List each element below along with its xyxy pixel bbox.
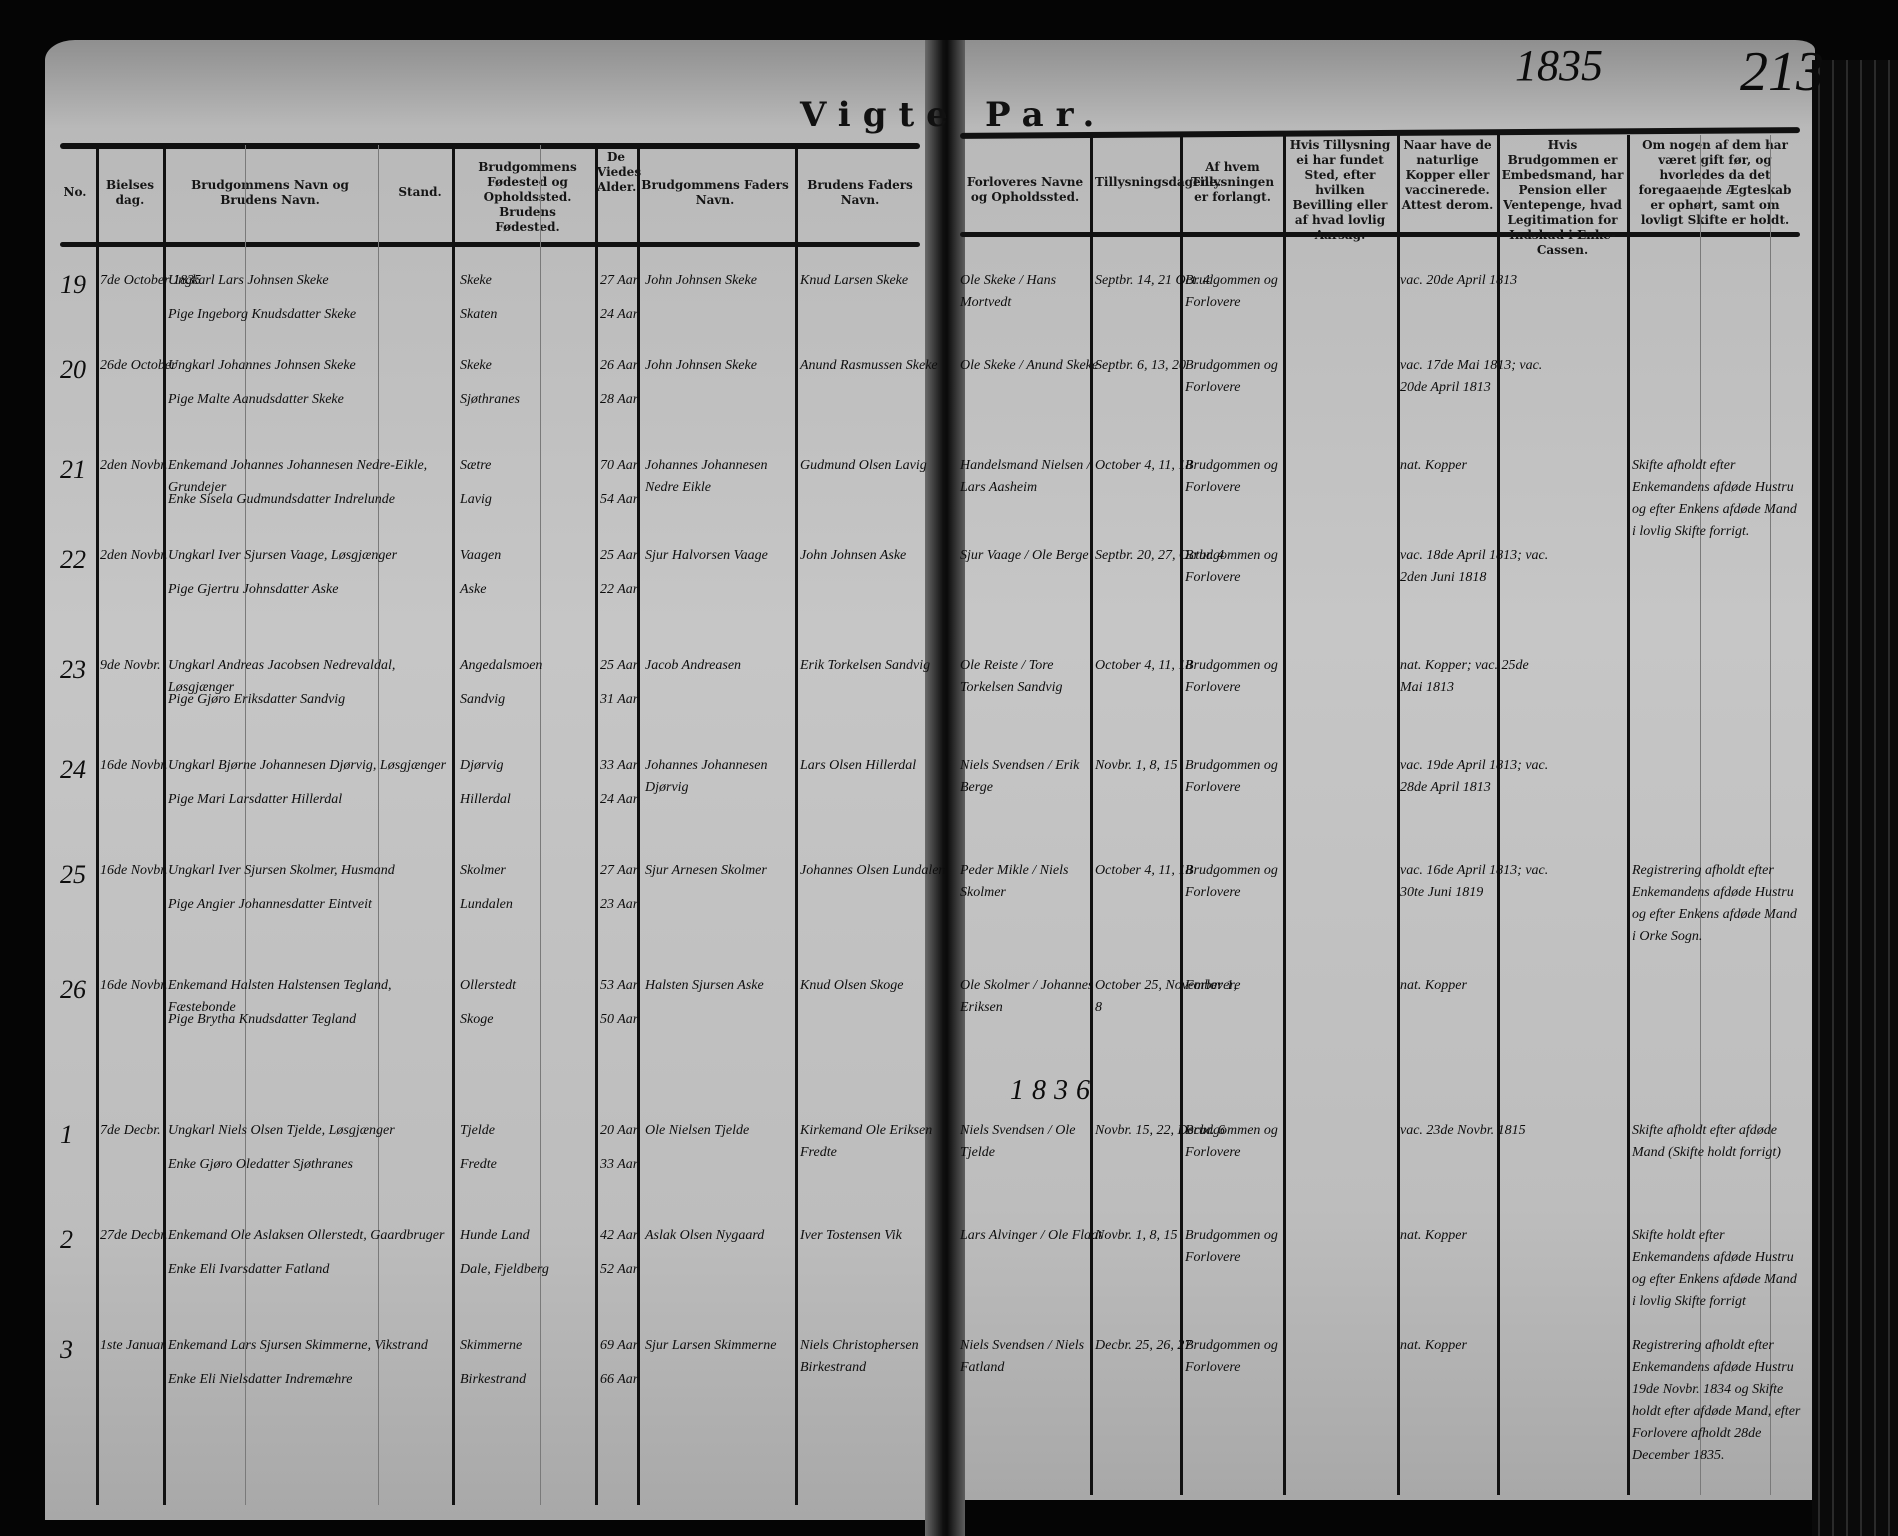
entry-date: 16de Novbr.: [100, 975, 168, 997]
page-number: 213: [1740, 40, 1824, 104]
entry-place-bride: Aske: [460, 579, 486, 601]
entry-bride-father: Erik Torkelsen Sandvig: [800, 655, 930, 677]
entry-place-bride: Lundalen: [460, 894, 513, 916]
entry-no: 24: [60, 755, 86, 785]
header-no: No.: [55, 185, 95, 200]
year-annotation: 1835: [1515, 40, 1603, 91]
header-stand: Stand.: [380, 185, 460, 200]
entry-witnesses: Handelsmand Nielsen / Lars Aasheim: [960, 455, 1110, 499]
entry-place-groom: Sætre: [460, 455, 491, 477]
entry-groom: Ungkarl Johannes Johnsen Skeke: [168, 355, 356, 377]
entry-vaccination: vac. 20de April 1813: [1400, 270, 1517, 292]
entry-requested-by: Brudgommen og Forlovere: [1185, 655, 1335, 699]
header-witnesses: Forloveres Navne og Opholdssted.: [960, 175, 1090, 205]
entry-bride-father: Lars Olsen Hillerdal: [800, 755, 916, 777]
title-left: Vigte: [800, 95, 960, 135]
entry-witnesses: Peder Mikle / Niels Skolmer: [960, 860, 1110, 904]
header-previous-marriage: Om nogen af dem har været gift før, og h…: [1630, 138, 1800, 228]
entry-date: 9de Novbr.: [100, 655, 161, 677]
entry-date: 26de October: [100, 355, 177, 377]
entry-age-groom: 27 Aar: [600, 270, 638, 292]
entry-date: 16de Novbr.: [100, 755, 168, 777]
entry-witnesses: Niels Svendsen / Erik Berge: [960, 755, 1110, 799]
entry-previous: Skifte afholdt efter afdøde Mand (Skifte…: [1632, 1120, 1802, 1164]
entry-banns: Novbr. 1, 8, 15: [1095, 755, 1177, 777]
entry-requested-by: Brudgommen og Forlovere: [1185, 1225, 1335, 1269]
entry-groom-father: John Johnsen Skeke: [645, 355, 757, 377]
entry-requested-by: Brudgommen og Forlovere: [1185, 545, 1335, 589]
col-rule: [595, 145, 598, 1505]
entry-bride: Pige Gjertru Johnsdatter Aske: [168, 579, 338, 601]
entry-bride-father: Gudmund Olsen Lavig: [800, 455, 927, 477]
header-birthplace: Brudgommens Fødested og Opholdssted. Bru…: [465, 160, 590, 235]
entry-previous: Registrering afholdt efter Enkemandens a…: [1632, 1335, 1802, 1467]
entry-place-groom: Skeke: [460, 270, 492, 292]
entry-witnesses: Ole Skeke / Hans Mortvedt: [960, 270, 1110, 314]
entry-date: 1ste Januar: [100, 1335, 166, 1357]
entry-bride: Pige Brytha Knudsdatter Tegland: [168, 1009, 356, 1031]
entry-bride-father: Kirkemand Ole Eriksen Fredte: [800, 1120, 950, 1164]
header-names: Brudgommens Navn og Brudens Navn.: [165, 178, 375, 208]
entry-banns: October 4, 11, 18: [1095, 655, 1192, 677]
entry-place-groom: Angedalsmoen: [460, 655, 542, 677]
entry-vaccination: vac. 18de April 1813; vac. 2den Juni 181…: [1400, 545, 1550, 589]
entry-witnesses: Ole Reiste / Tore Torkelsen Sandvig: [960, 655, 1110, 699]
entry-bride-father: John Johnsen Aske: [800, 545, 906, 567]
entry-age-bride: 50 Aar: [600, 1009, 638, 1031]
entry-age-bride: 28 Aar: [600, 389, 638, 411]
entry-bride-father: Niels Christophersen Birkestrand: [800, 1335, 950, 1379]
entry-groom: Ungkarl Iver Sjursen Skolmer, Husmand: [168, 860, 395, 882]
entry-groom-father: Sjur Larsen Skimmerne: [645, 1335, 776, 1357]
entry-age-bride: 31 Aar: [600, 689, 638, 711]
page-edges: [1812, 60, 1898, 1536]
header-groom-father: Brudgommens Faders Navn.: [640, 178, 790, 208]
entry-no: 25: [60, 860, 86, 890]
entry-place-groom: Ollerstedt: [460, 975, 516, 997]
entry-age-bride: 33 Aar: [600, 1154, 638, 1176]
entry-requested-by: Forlovere: [1185, 975, 1240, 997]
header-bottom-rule: [60, 242, 920, 247]
entry-requested-by: Brudgommen og Forlovere: [1185, 755, 1335, 799]
entry-age-groom: 26 Aar: [600, 355, 638, 377]
entry-groom-father: Johannes Johannesen Djørvig: [645, 755, 795, 799]
col-rule: [1627, 135, 1630, 1495]
entry-place-bride: Skoge: [460, 1009, 493, 1031]
col-rule: [795, 145, 798, 1505]
entry-date: 2den Novbr.: [100, 455, 168, 477]
entry-vaccination: vac. 23de Novbr. 1815: [1400, 1120, 1526, 1142]
entry-witnesses: Niels Svendsen / Niels Fatland: [960, 1335, 1110, 1379]
entry-no: 19: [60, 270, 86, 300]
entry-age-bride: 22 Aar: [600, 579, 638, 601]
col-rule: [96, 145, 99, 1505]
entry-no: 20: [60, 355, 86, 385]
entry-vaccination: vac. 19de April 1813; vac. 28de April 18…: [1400, 755, 1550, 799]
entry-age-bride: 54 Aar: [600, 489, 638, 511]
entry-groom-father: Sjur Halvorsen Vaage: [645, 545, 768, 567]
entry-no: 26: [60, 975, 86, 1005]
entry-groom: Ungkarl Iver Sjursen Vaage, Løsgjænger: [168, 545, 397, 567]
entry-bride: Pige Malte Aanudsdatter Skeke: [168, 389, 344, 411]
col-rule: [1283, 135, 1286, 1495]
entry-place-bride: Hillerdal: [460, 789, 511, 811]
entry-vaccination: nat. Kopper: [1400, 455, 1467, 477]
entry-place-bride: Dale, Fjeldberg: [460, 1259, 549, 1281]
col-rule: [637, 145, 640, 1505]
entry-previous: Registrering afholdt efter Enkemandens a…: [1632, 860, 1802, 948]
entry-requested-by: Brudgommen og Forlovere: [1185, 270, 1335, 314]
col-rule: [1090, 135, 1093, 1495]
entry-bride: Enke Gjøro Oledatter Sjøthranes: [168, 1154, 353, 1176]
header-requested-by: Af hvem Tillysningen er forlangt.: [1185, 160, 1280, 205]
entry-groom-father: Ole Nielsen Tjelde: [645, 1120, 749, 1142]
entry-age-groom: 25 Aar: [600, 655, 638, 677]
header-pension: Hvis Brudgommen er Embedsmand, har Pensi…: [1500, 138, 1625, 258]
col-rule: [1397, 135, 1400, 1495]
entry-requested-by: Brudgommen og Forlovere: [1185, 1335, 1335, 1379]
entry-place-groom: Tjelde: [460, 1120, 495, 1142]
entry-date: 2den Novbr.: [100, 545, 168, 567]
header-license: Hvis Tillysning ei har fundet Sted, efte…: [1285, 138, 1395, 243]
entry-place-groom: Skimmerne: [460, 1335, 522, 1357]
entry-place-groom: Hunde Land: [460, 1225, 530, 1247]
entry-bride: Enke Eli Nielsdatter Indremæhre: [168, 1369, 352, 1391]
entry-groom-father: Sjur Arnesen Skolmer: [645, 860, 767, 882]
entry-groom: Enkemand Lars Sjursen Skimmerne, Vikstra…: [168, 1335, 428, 1357]
col-rule: [540, 145, 541, 1505]
entry-age-bride: 52 Aar: [600, 1259, 638, 1281]
entry-no: 3: [60, 1335, 73, 1365]
entry-groom-father: Jacob Andreasen: [645, 655, 741, 677]
entry-bride: Enke Sisela Gudmundsdatter Indrelunde: [168, 489, 395, 511]
entry-date: 16de Novbr.: [100, 860, 168, 882]
entry-date: 7de Decbr.: [100, 1120, 161, 1142]
year-1836-marker: 1836: [1010, 1075, 1098, 1107]
entry-place-bride: Sjøthranes: [460, 389, 520, 411]
entry-date: 27de Decbr.: [100, 1225, 168, 1247]
entry-place-groom: Vaagen: [460, 545, 501, 567]
title-right: Par.: [985, 95, 1106, 135]
entry-banns: October 4, 11, 18: [1095, 860, 1192, 882]
entry-bride-father: Iver Tostensen Vik: [800, 1225, 902, 1247]
book-gutter: [925, 40, 965, 1536]
entry-age-bride: 23 Aar: [600, 894, 638, 916]
entry-bride: Enke Eli Ivarsdatter Fatland: [168, 1259, 329, 1281]
entry-vaccination: vac. 16de April 1813; vac. 30te Juni 181…: [1400, 860, 1550, 904]
entry-age-bride: 24 Aar: [600, 789, 638, 811]
entry-place-bride: Skaten: [460, 304, 497, 326]
entry-groom: Ungkarl Bjørne Johannesen Djørvig, Løsgj…: [168, 755, 446, 777]
entry-groom-father: Aslak Olsen Nygaard: [645, 1225, 764, 1247]
entry-bride: Pige Mari Larsdatter Hillerdal: [168, 789, 342, 811]
entry-no: 1: [60, 1120, 73, 1150]
entry-witnesses: Lars Alvinger / Ole Flaat: [960, 1225, 1102, 1247]
entry-groom-father: Johannes Johannesen Nedre Eikle: [645, 455, 795, 499]
col-rule: [452, 145, 455, 1505]
col-rule: [163, 145, 166, 1505]
entry-vaccination: vac. 17de Mai 1813; vac. 20de April 1813: [1400, 355, 1550, 399]
header-bride-father: Brudens Faders Navn.: [800, 178, 920, 208]
entry-banns: October 4, 11, 18: [1095, 455, 1192, 477]
entry-bride-father: Knud Olsen Skoge: [800, 975, 903, 997]
header-date: Bielses dag.: [100, 178, 160, 208]
entry-witnesses: Niels Svendsen / Ole Tjelde: [960, 1120, 1110, 1164]
entry-age-groom: 42 Aar: [600, 1225, 638, 1247]
entry-bride-father: Anund Rasmussen Skeke: [800, 355, 938, 377]
entry-previous: Skifte holdt efter Enkemandens afdøde Hu…: [1632, 1225, 1802, 1313]
entry-age-groom: 20 Aar: [600, 1120, 638, 1142]
entry-witnesses: Ole Skolmer / Johannes Eriksen: [960, 975, 1110, 1019]
entry-witnesses: Sjur Vaage / Ole Berge: [960, 545, 1089, 567]
entry-banns: Novbr. 1, 8, 15: [1095, 1225, 1177, 1247]
entry-age-bride: 24 Aar: [600, 304, 638, 326]
entry-vaccination: nat. Kopper; vac. 25de Mai 1813: [1400, 655, 1550, 699]
entry-groom: Ungkarl Lars Johnsen Skeke: [168, 270, 329, 292]
entry-bride: Pige Angier Johannesdatter Eintveit: [168, 894, 372, 916]
entry-vaccination: nat. Kopper: [1400, 1225, 1467, 1247]
entry-place-groom: Skeke: [460, 355, 492, 377]
entry-age-groom: 25 Aar: [600, 545, 638, 567]
entry-age-bride: 66 Aar: [600, 1369, 638, 1391]
entry-place-bride: Birkestrand: [460, 1369, 526, 1391]
entry-bride-father: Knud Larsen Skeke: [800, 270, 908, 292]
entry-age-groom: 69 Aar: [600, 1335, 638, 1357]
entry-age-groom: 33 Aar: [600, 755, 638, 777]
entry-previous: Skifte afholdt efter Enkemandens afdøde …: [1632, 455, 1802, 543]
header-age: De Viedes Alder.: [597, 150, 635, 195]
entry-requested-by: Brudgommen og Forlovere: [1185, 455, 1335, 499]
entry-place-bride: Sandvig: [460, 689, 505, 711]
entry-age-groom: 53 Aar: [600, 975, 638, 997]
entry-requested-by: Brudgommen og Forlovere: [1185, 1120, 1335, 1164]
header-vaccination: Naar have de naturlige Kopper eller vacc…: [1400, 138, 1495, 213]
entry-vaccination: nat. Kopper: [1400, 1335, 1467, 1357]
col-rule: [1180, 135, 1183, 1495]
entry-bride: Pige Gjøro Eriksdatter Sandvig: [168, 689, 345, 711]
col-rule: [245, 145, 246, 1505]
entry-banns: Decbr. 25, 26, 27: [1095, 1335, 1191, 1357]
col-rule: [1497, 135, 1500, 1495]
entry-place-bride: Lavig: [460, 489, 492, 511]
entry-groom: Ungkarl Niels Olsen Tjelde, Løsgjænger: [168, 1120, 395, 1142]
col-rule: [378, 145, 379, 1505]
entry-no: 23: [60, 655, 86, 685]
entry-bride-father: Johannes Olsen Lundalen: [800, 860, 945, 882]
entry-witnesses: Ole Skeke / Anund Skeke: [960, 355, 1098, 377]
entry-groom: Enkemand Ole Aslaksen Ollerstedt, Gaardb…: [168, 1225, 444, 1247]
entry-place-groom: Djørvig: [460, 755, 504, 777]
entry-groom-father: Halsten Sjursen Aske: [645, 975, 764, 997]
entry-requested-by: Brudgommen og Forlovere: [1185, 355, 1335, 399]
entry-vaccination: nat. Kopper: [1400, 975, 1467, 997]
entry-no: 21: [60, 455, 86, 485]
entry-no: 22: [60, 545, 86, 575]
entry-place-bride: Fredte: [460, 1154, 497, 1176]
entry-place-groom: Skolmer: [460, 860, 506, 882]
header-top-rule: [60, 143, 920, 149]
entry-age-groom: 27 Aar: [600, 860, 638, 882]
entry-groom-father: John Johnsen Skeke: [645, 270, 757, 292]
entry-requested-by: Brudgommen og Forlovere: [1185, 860, 1335, 904]
header-banns: Tillysningsdagene.: [1095, 175, 1180, 190]
entry-no: 2: [60, 1225, 73, 1255]
entry-bride: Pige Ingeborg Knudsdatter Skeke: [168, 304, 356, 326]
entry-banns: Septbr. 6, 13, 20: [1095, 355, 1186, 377]
entry-age-groom: 70 Aar: [600, 455, 638, 477]
